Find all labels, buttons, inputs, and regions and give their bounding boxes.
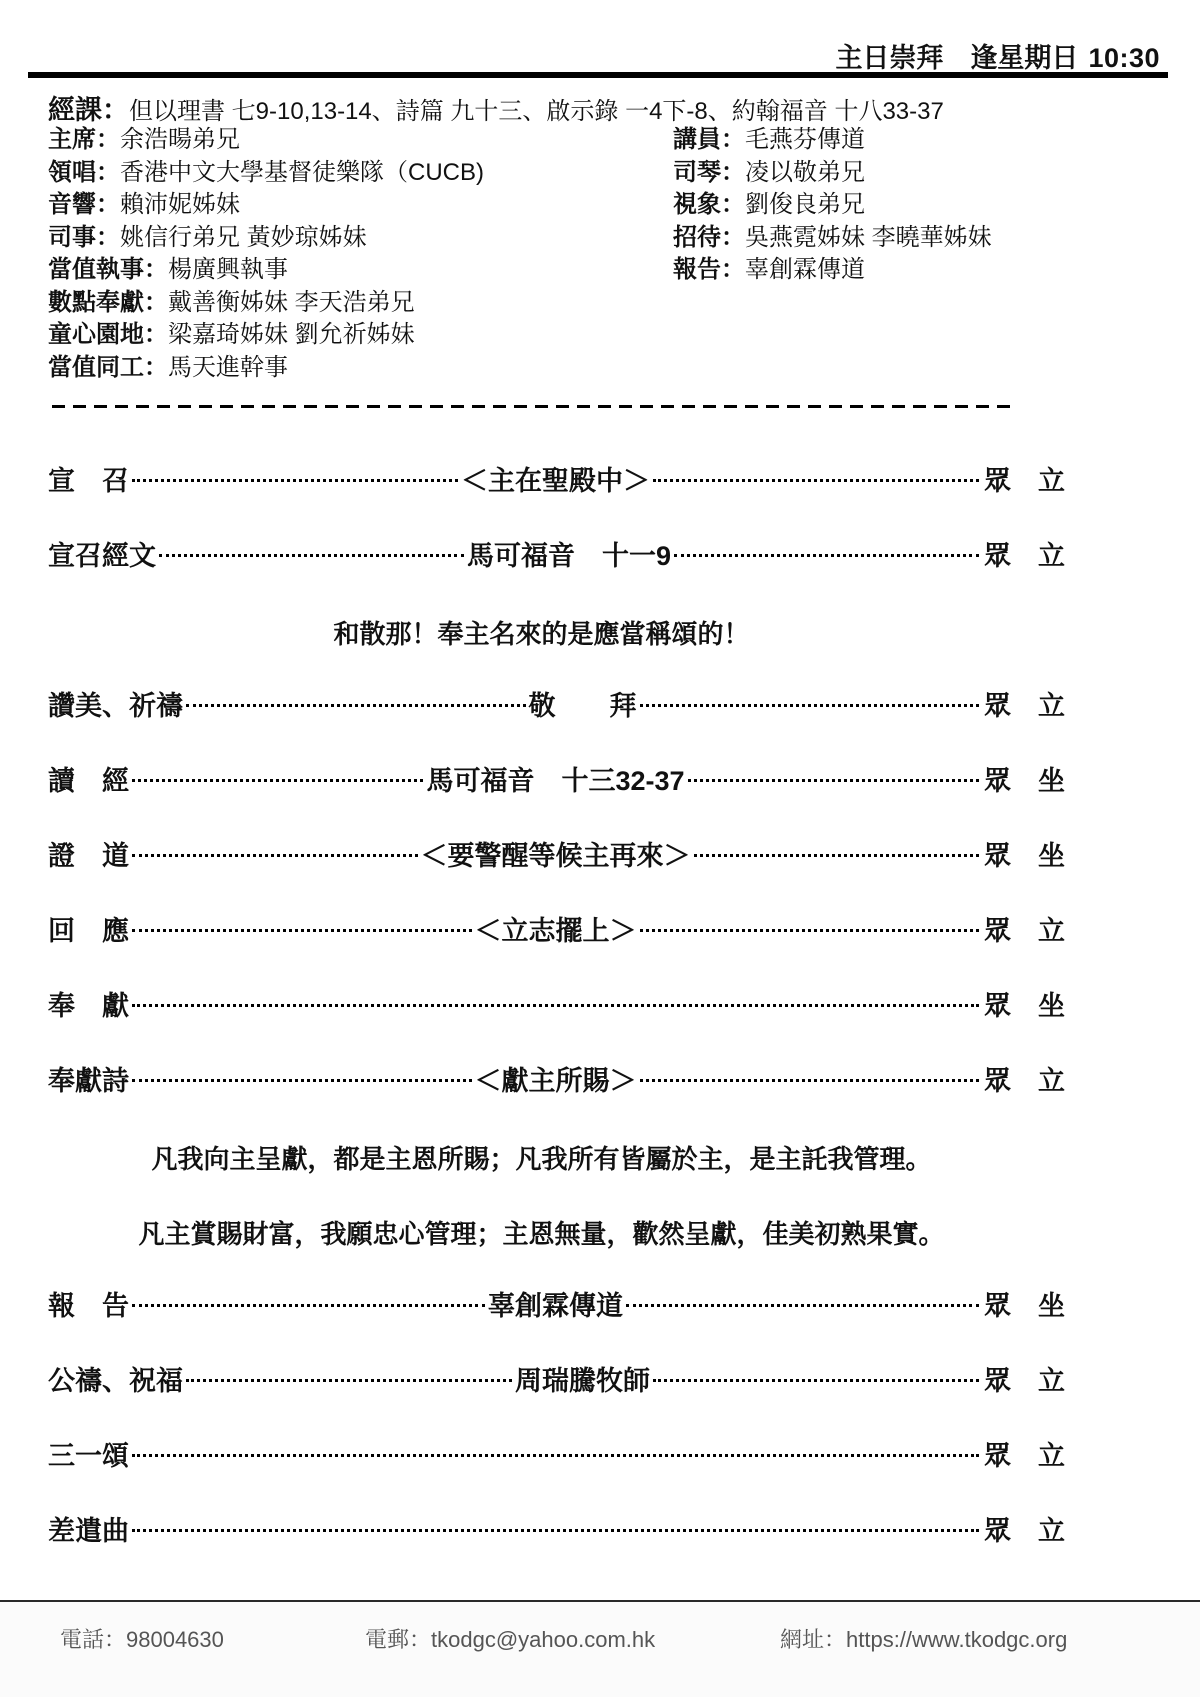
posture-label: 眾 立	[984, 534, 1065, 573]
order-item-name: 回 應	[48, 909, 129, 948]
order-item-name: 差遣曲	[48, 1509, 129, 1548]
role-label: 報告	[673, 256, 721, 283]
order-item-detail: 敬 拜	[529, 684, 637, 723]
role-label: 主席	[48, 126, 96, 153]
order-item-detail: 辜創霖傳道	[488, 1284, 623, 1323]
order-row: 讚美、祈禱 敬 拜 眾 立	[48, 689, 1065, 717]
dotted-leader	[640, 1079, 980, 1082]
order-row: 公禱、祝福 周瑞騰牧師 眾 立	[48, 1364, 1065, 1392]
footer-website: 網址：https://www.tkodgc.org	[780, 1623, 1067, 1654]
order-note: 凡主賞賜財富，我願忠心管理；主恩無量，歡然呈獻，佳美初熟果實。	[48, 1214, 1065, 1242]
role-label: 招待	[673, 224, 721, 251]
footer-email: 電郵：tkodgc@yahoo.com.hk	[365, 1623, 655, 1654]
dotted-leader	[653, 479, 979, 482]
order-of-service: 宣 召 ＜主在聖殿中＞ 眾 立 宣召經文 馬可福音 十一9 眾 立 和散那！奉主…	[48, 464, 1065, 1589]
role-label: 講員	[673, 126, 721, 153]
role-line: 數點奉獻：戴善衡姊妹 李天浩弟兄	[48, 287, 673, 320]
role-value: 吳燕霓姊妹 李曉華姊妹	[745, 224, 992, 251]
role-label: 數點奉獻	[48, 289, 144, 316]
role-value: 楊廣興執事	[168, 256, 288, 283]
role-line: 報告：辜創霖傳道	[673, 254, 1164, 287]
posture-label: 眾 立	[984, 459, 1065, 498]
order-item-detail: 周瑞騰牧師	[515, 1359, 650, 1398]
role-value: 姚信行弟兄 黃妙琼姊妹	[120, 224, 367, 251]
role-line: 當值執事：楊廣興執事	[48, 254, 673, 287]
posture-label: 眾 坐	[984, 1284, 1065, 1323]
lectionary-line: 經課：但以理書 七9-10,13-14、詩篇 九十三、啟示錄 一4下-8、約翰福…	[48, 88, 1160, 127]
order-item-name: 讀 經	[48, 759, 129, 798]
dotted-leader	[640, 704, 980, 707]
lectionary-label: 經課	[48, 95, 102, 125]
role-label: 司事	[48, 224, 96, 251]
order-row: 三一頌 眾 立	[48, 1439, 1065, 1467]
role-colon: ：	[96, 224, 120, 251]
dotted-leader	[132, 1004, 979, 1007]
order-item-name: 報 告	[48, 1284, 129, 1323]
role-label: 當值同工	[48, 354, 144, 381]
dotted-leader	[132, 1079, 472, 1082]
order-item-name: 證 道	[48, 834, 129, 873]
role-colon: ：	[721, 224, 745, 251]
order-row: 奉 獻 眾 坐	[48, 989, 1065, 1017]
role-colon: ：	[144, 354, 168, 381]
bulletin-page: 主日崇拜 逢星期日10:30 經課：但以理書 七9-10,13-14、詩篇 九十…	[0, 0, 1200, 1697]
dotted-leader	[132, 1529, 979, 1532]
order-row: 報 告 辜創霖傳道 眾 坐	[48, 1289, 1065, 1317]
role-value: 凌以敬弟兄	[745, 159, 865, 186]
role-label: 當值執事	[48, 256, 144, 283]
dotted-leader	[132, 854, 418, 857]
role-value: 馬天進幹事	[168, 354, 288, 381]
order-item-detail: 馬可福音 十三32-37	[426, 759, 684, 798]
dotted-leader	[132, 779, 423, 782]
role-line: 當值同工：馬天進幹事	[48, 352, 673, 385]
header-rule	[28, 72, 1168, 78]
dotted-leader	[186, 1379, 512, 1382]
posture-label: 眾 立	[984, 1059, 1065, 1098]
role-line: 童心園地：梁嘉琦姊妹 劉允祈姊妹	[48, 319, 673, 352]
dotted-leader	[132, 929, 472, 932]
role-colon: ：	[721, 126, 745, 153]
page-footer: 電話：98004630 電郵：tkodgc@yahoo.com.hk 網址：ht…	[0, 1600, 1200, 1697]
role-value: 余浩暘弟兄	[120, 126, 240, 153]
dotted-leader	[653, 1379, 979, 1382]
posture-label: 眾 坐	[984, 834, 1065, 873]
order-row: 宣 召 ＜主在聖殿中＞ 眾 立	[48, 464, 1065, 492]
role-label: 領唱	[48, 159, 96, 186]
role-colon: ：	[96, 159, 120, 186]
role-value: 劉俊良弟兄	[745, 191, 865, 218]
order-item-name: 讚美、祈禱	[48, 684, 183, 723]
footer-phone: 電話：98004630	[60, 1623, 224, 1654]
order-item-name: 宣召經文	[48, 534, 156, 573]
role-colon: ：	[144, 256, 168, 283]
order-row: 奉獻詩 ＜獻主所賜＞ 眾 立	[48, 1064, 1065, 1092]
role-colon: ：	[144, 321, 168, 348]
dotted-leader	[132, 1304, 485, 1307]
order-row: 讀 經 馬可福音 十三32-37 眾 坐	[48, 764, 1065, 792]
posture-label: 眾 立	[984, 1434, 1065, 1473]
role-line: 司琴：凌以敬弟兄	[673, 157, 1164, 190]
posture-label: 眾 立	[984, 1509, 1065, 1548]
order-item-name: 奉獻詩	[48, 1059, 129, 1098]
role-line: 視象：劉俊良弟兄	[673, 189, 1164, 222]
roles-left-column: 主席：余浩暘弟兄 領唱：香港中文大學基督徒樂隊（CUCB) 音響：賴沛妮姊妹 司…	[48, 124, 673, 384]
dotted-leader	[640, 929, 980, 932]
role-line: 招待：吳燕霓姊妹 李曉華姊妹	[673, 222, 1164, 255]
order-note: 凡我向主呈獻，都是主恩所賜；凡我所有皆屬於主，是主託我管理。	[48, 1139, 1065, 1167]
posture-label: 眾 坐	[984, 984, 1065, 1023]
posture-label: 眾 立	[984, 1359, 1065, 1398]
role-line: 主席：余浩暘弟兄	[48, 124, 673, 157]
roles-right-column: 講員：毛燕芬傳道 司琴：凌以敬弟兄 視象：劉俊良弟兄 招待：吳燕霓姊妹 李曉華姊…	[673, 124, 1164, 384]
order-item-detail: ＜獻主所賜＞	[475, 1059, 637, 1098]
role-colon: ：	[96, 191, 120, 218]
role-value: 戴善衡姊妹 李天浩弟兄	[168, 289, 415, 316]
role-value: 毛燕芬傳道	[745, 126, 865, 153]
dotted-leader	[132, 479, 458, 482]
roles-block: 主席：余浩暘弟兄 領唱：香港中文大學基督徒樂隊（CUCB) 音響：賴沛妮姊妹 司…	[48, 124, 1164, 384]
page-header: 主日崇拜 逢星期日10:30	[835, 36, 1160, 75]
order-row: 回 應 ＜立志擺上＞ 眾 立	[48, 914, 1065, 942]
role-value: 香港中文大學基督徒樂隊（CUCB)	[120, 159, 484, 186]
dotted-leader	[674, 554, 979, 557]
role-line: 講員：毛燕芬傳道	[673, 124, 1164, 157]
role-colon: ：	[96, 126, 120, 153]
dotted-leader	[626, 1304, 979, 1307]
dotted-leader	[186, 704, 526, 707]
order-item-detail: ＜立志擺上＞	[475, 909, 637, 948]
order-item-name: 宣 召	[48, 459, 129, 498]
dashed-divider	[52, 405, 1017, 408]
dotted-leader	[694, 854, 980, 857]
role-colon: ：	[721, 159, 745, 186]
order-item-detail: ＜要警醒等候主再來＞	[421, 834, 691, 873]
order-note: 和散那！奉主名來的是應當稱頌的！	[48, 614, 1065, 642]
posture-label: 眾 坐	[984, 759, 1065, 798]
role-label: 音響	[48, 191, 96, 218]
role-line: 司事：姚信行弟兄 黃妙琼姊妹	[48, 222, 673, 255]
order-row: 宣召經文 馬可福音 十一9 眾 立	[48, 539, 1065, 567]
dotted-leader	[688, 779, 979, 782]
order-row: 證 道 ＜要警醒等候主再來＞ 眾 坐	[48, 839, 1065, 867]
order-item-detail: ＜主在聖殿中＞	[461, 459, 650, 498]
posture-label: 眾 立	[984, 909, 1065, 948]
role-label: 視象	[673, 191, 721, 218]
order-item-detail: 馬可福音 十一9	[467, 534, 671, 573]
role-value: 辜創霖傳道	[745, 256, 865, 283]
order-item-name: 奉 獻	[48, 984, 129, 1023]
dotted-leader	[159, 554, 464, 557]
role-line: 領唱：香港中文大學基督徒樂隊（CUCB)	[48, 157, 673, 190]
order-item-name: 三一頌	[48, 1434, 129, 1473]
lectionary-colon: ：	[102, 95, 129, 125]
order-row: 差遣曲 眾 立	[48, 1514, 1065, 1542]
dotted-leader	[132, 1454, 979, 1457]
role-label: 司琴	[673, 159, 721, 186]
service-time: 10:30	[1088, 43, 1160, 73]
posture-label: 眾 立	[984, 684, 1065, 723]
order-item-name: 公禱、祝福	[48, 1359, 183, 1398]
service-title: 主日崇拜 逢星期日	[835, 43, 1078, 73]
role-label: 童心園地	[48, 321, 144, 348]
role-value: 賴沛妮姊妹	[120, 191, 240, 218]
role-colon: ：	[721, 191, 745, 218]
role-colon: ：	[721, 256, 745, 283]
role-value: 梁嘉琦姊妹 劉允祈姊妹	[168, 321, 415, 348]
role-colon: ：	[144, 289, 168, 316]
lectionary-text: 但以理書 七9-10,13-14、詩篇 九十三、啟示錄 一4下-8、約翰福音 十…	[129, 98, 944, 125]
role-line: 音響：賴沛妮姊妹	[48, 189, 673, 222]
